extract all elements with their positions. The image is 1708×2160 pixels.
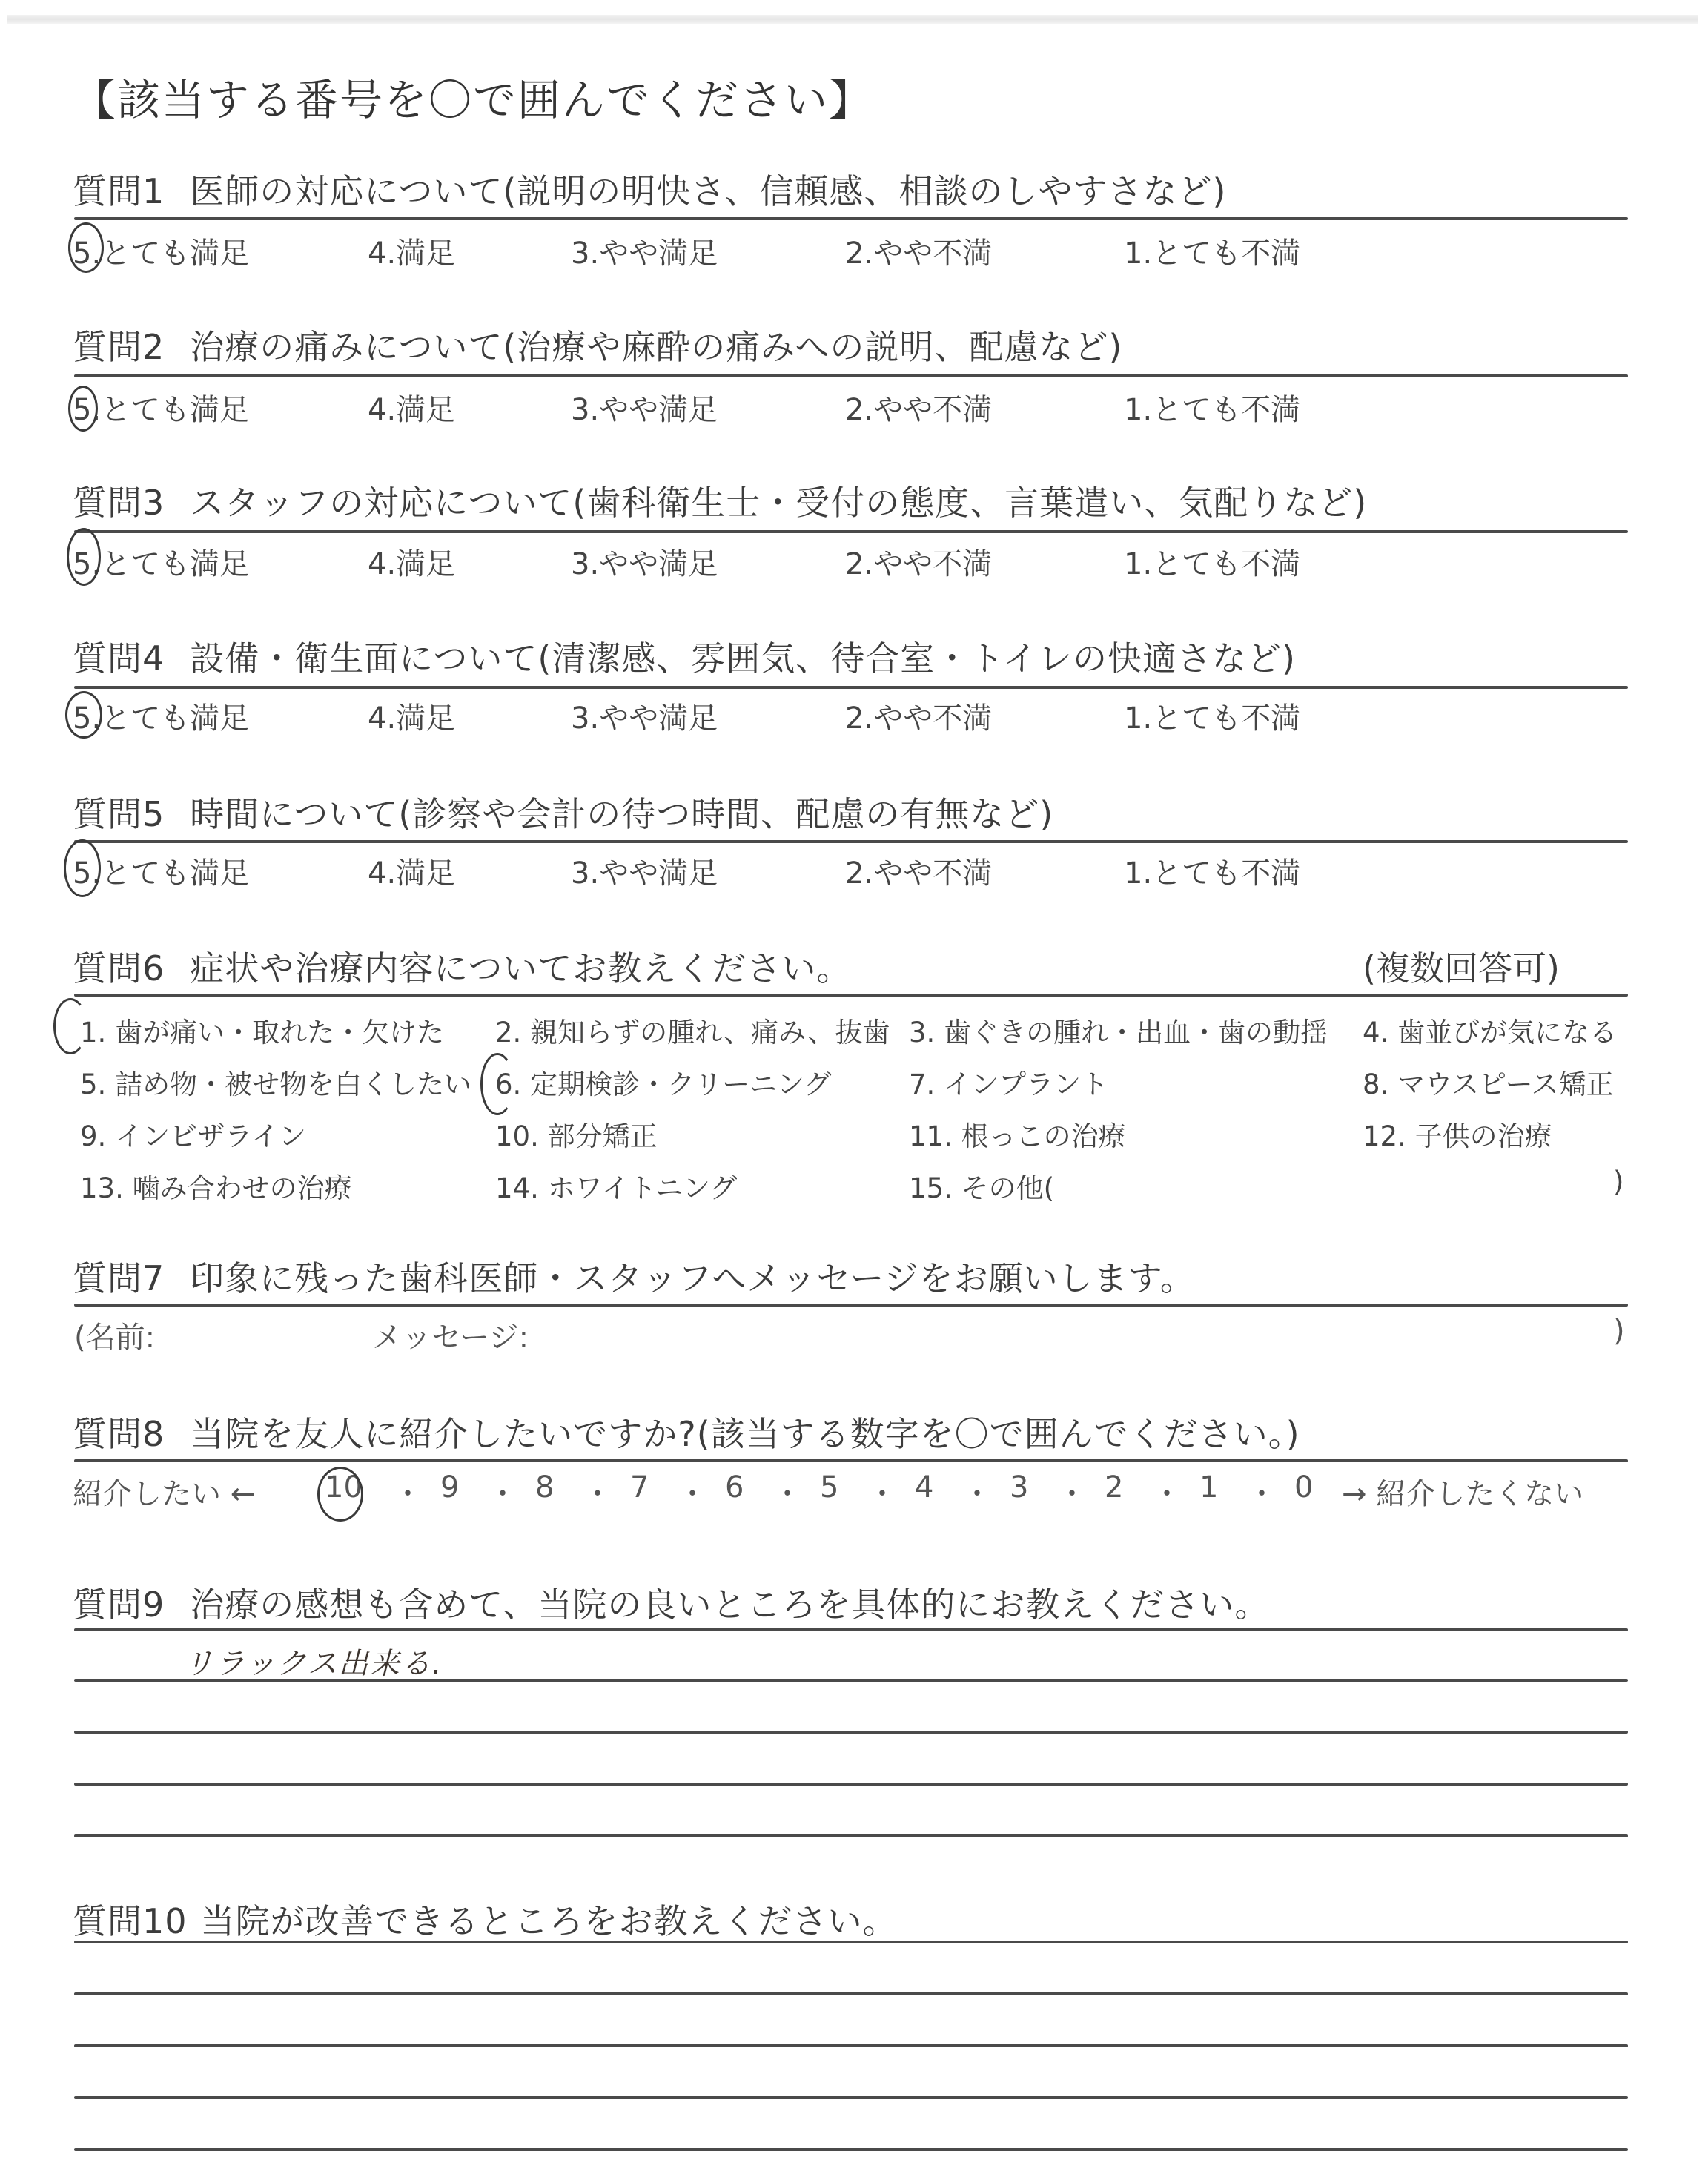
checkbox-item-7[interactable]: 7. インプラント <box>909 1062 1108 1102</box>
scale-dot: ・ <box>1057 1470 1087 1513</box>
option-5[interactable]: 5.とても満足 <box>73 850 249 892</box>
checkbox-item-10[interactable]: 10. 部分矯正 <box>495 1114 658 1154</box>
option-3[interactable]: 3.やや満足 <box>571 850 718 892</box>
question-number: 質問8 <box>73 1414 165 1454</box>
scale-2[interactable]: 2 <box>1105 1470 1123 1505</box>
scale-8[interactable]: 8 <box>535 1470 554 1505</box>
checkbox-item-3[interactable]: 3. 歯ぐきの腫れ・出血・歯の動揺 <box>909 1010 1328 1050</box>
checkbox-item-13[interactable]: 13. 噛み合わせの治療 <box>80 1166 352 1206</box>
checkbox-item-2[interactable]: 2. 親知らずの腫れ、痛み、抜歯 <box>495 1010 890 1050</box>
answer-line <box>74 2096 1628 2099</box>
option-3[interactable]: 3.やや満足 <box>571 386 718 429</box>
option-1[interactable]: 1.とても不満 <box>1124 386 1300 429</box>
answer-line <box>74 2044 1628 2047</box>
question-9: 質問9治療の感想も含めて、当院の良いところを具体的にお教えください。 <box>73 1578 1629 1627</box>
question-text: 時間について(診察や会計の待つ時間、配慮の有無など) <box>190 794 1053 834</box>
scale-1[interactable]: 1 <box>1199 1470 1218 1505</box>
checkbox-item-6[interactable]: 6. 定期検診・クリーニング <box>495 1062 831 1102</box>
divider <box>74 686 1628 689</box>
question-2: 質問2治療の痛みについて(治療や麻酔の痛みへの説明、配慮など) <box>73 320 1629 369</box>
checkbox-item-12[interactable]: 12. 子供の治療 <box>1363 1114 1552 1154</box>
checkbox-item-9[interactable]: 9. インビザライン <box>80 1114 306 1154</box>
question-text: 当院が改善できるところをお教えください。 <box>201 1901 898 1941</box>
scale-10[interactable]: 10 <box>325 1470 363 1505</box>
question-10: 質問10当院が改善できるところをお教えください。 <box>73 1895 1629 1943</box>
checkbox-item-8[interactable]: 8. マウスピース矯正 <box>1363 1062 1614 1102</box>
question-text: 治療の感想も含めて、当院の良いところを具体的にお教えください。 <box>190 1585 1269 1625</box>
scan-edge <box>7 15 1698 24</box>
divider <box>74 530 1628 533</box>
option-1[interactable]: 1.とても不満 <box>1124 695 1300 737</box>
question-4: 質問4設備・衛生面について(清潔感、雰囲気、待合室・トイレの快適さなど) <box>73 632 1629 681</box>
checkbox-item-11[interactable]: 11. 根っこの治療 <box>909 1114 1126 1154</box>
checkbox-item-15-other[interactable]: 15. その他( <box>909 1166 1054 1206</box>
divider <box>74 374 1628 377</box>
message-field[interactable] <box>563 1314 1601 1350</box>
option-5[interactable]: 5.とても満足 <box>73 541 249 583</box>
other-close-paren: ) <box>1613 1166 1623 1198</box>
answer-line <box>74 1992 1628 1995</box>
question-text: スタッフの対応について(歯科衛生士・受付の態度、言葉遣い、気配りなど) <box>190 483 1367 523</box>
message-label: メッセージ: <box>372 1314 529 1356</box>
checkbox-item-5[interactable]: 5. 詰め物・被せ物を白くしたい <box>80 1062 471 1102</box>
scale-0[interactable]: 0 <box>1294 1470 1313 1505</box>
option-5[interactable]: 5.とても満足 <box>73 386 249 429</box>
option-4[interactable]: 4.満足 <box>368 850 455 892</box>
checkbox-item-1[interactable]: 1. 歯が痛い・取れた・欠けた <box>80 1010 444 1050</box>
option-4[interactable]: 4.満足 <box>368 695 455 737</box>
form-title: 【該当する番号を〇で囲んでください】 <box>73 65 873 128</box>
question-text: 治療の痛みについて(治療や麻酔の痛みへの説明、配慮など) <box>190 327 1122 367</box>
option-4[interactable]: 4.満足 <box>368 230 455 272</box>
answer-line <box>74 1834 1628 1837</box>
question-number: 質問1 <box>73 171 165 211</box>
scale-dot: ・ <box>962 1470 992 1513</box>
answer-line <box>74 1679 1628 1682</box>
name-field[interactable] <box>222 1314 371 1350</box>
question-3: 質問3スタッフの対応について(歯科衛生士・受付の態度、言葉遣い、気配りなど) <box>73 476 1629 525</box>
divider <box>74 840 1628 843</box>
option-3[interactable]: 3.やや満足 <box>571 541 718 583</box>
question-7: 質問7印象に残った歯科医師・スタッフへメッセージをお願いします。 <box>73 1252 1629 1301</box>
question-number: 質問9 <box>73 1585 165 1625</box>
divider <box>74 1304 1628 1307</box>
answer-line <box>74 2148 1628 2151</box>
scale-7[interactable]: 7 <box>630 1470 649 1505</box>
question-8: 質問8当院を友人に紹介したいですか?(該当する数字を〇で囲んでください。) <box>73 1407 1629 1456</box>
option-2[interactable]: 2.やや不満 <box>845 541 992 583</box>
question-text: 印象に残った歯科医師・スタッフへメッセージをお願いします。 <box>190 1258 1195 1298</box>
question-number: 質問3 <box>73 483 165 523</box>
message-close-paren: ) <box>1613 1314 1625 1348</box>
option-3[interactable]: 3.やや満足 <box>571 695 718 737</box>
answer-line <box>74 1941 1628 1943</box>
multiple-answers-note: (複数回答可) <box>1363 942 1560 991</box>
scale-dot: ・ <box>488 1470 517 1513</box>
checkbox-item-4[interactable]: 4. 歯並びが気になる <box>1363 1010 1617 1050</box>
answer-line <box>74 1731 1628 1734</box>
scale-5[interactable]: 5 <box>820 1470 838 1505</box>
scale-left-label: 紹介したい ← <box>73 1470 255 1513</box>
scale-6[interactable]: 6 <box>725 1470 744 1505</box>
question-text: 医師の対応について(説明の明快さ、信頼感、相談のしやすさなど) <box>190 171 1226 211</box>
question-number: 質問7 <box>73 1258 165 1298</box>
checkbox-item-14[interactable]: 14. ホワイトニング <box>495 1166 737 1206</box>
scale-dot: ・ <box>1152 1470 1182 1513</box>
scale-4[interactable]: 4 <box>915 1470 933 1505</box>
option-2[interactable]: 2.やや不満 <box>845 695 992 737</box>
option-2[interactable]: 2.やや不満 <box>845 850 992 892</box>
option-5[interactable]: 5.とても満足 <box>73 230 249 272</box>
scale-3[interactable]: 3 <box>1010 1470 1028 1505</box>
divider <box>74 1628 1628 1631</box>
question-5: 質問5時間について(診察や会計の待つ時間、配慮の有無など) <box>73 787 1629 836</box>
option-4[interactable]: 4.満足 <box>368 386 455 429</box>
option-1[interactable]: 1.とても不満 <box>1124 850 1300 892</box>
divider <box>74 994 1628 997</box>
scale-dot: ・ <box>867 1470 897 1513</box>
option-1[interactable]: 1.とても不満 <box>1124 230 1300 272</box>
name-label: (名前: <box>74 1314 155 1356</box>
scale-9[interactable]: 9 <box>440 1470 459 1505</box>
option-2[interactable]: 2.やや不満 <box>845 230 992 272</box>
question-number: 質問2 <box>73 327 165 367</box>
divider <box>74 1459 1628 1462</box>
scale-right-label: → 紹介したくない <box>1342 1470 1583 1513</box>
question-1: 質問1医師の対応について(説明の明快さ、信頼感、相談のしやすさなど) <box>73 165 1629 214</box>
divider <box>74 217 1628 220</box>
question-text: 症状や治療内容についてお教えください。 <box>190 948 851 988</box>
handwritten-answer[interactable]: リラックス出来る. <box>184 1640 443 1682</box>
answer-line <box>74 1783 1628 1786</box>
scale-dot: ・ <box>1247 1470 1277 1513</box>
question-number: 質問6 <box>73 948 165 988</box>
scale-dot: ・ <box>393 1470 423 1513</box>
option-3[interactable]: 3.やや満足 <box>571 230 718 272</box>
question-number: 質問10 <box>73 1901 188 1941</box>
question-text: 設備・衛生面について(清潔感、雰囲気、待合室・トイレの快適さなど) <box>190 638 1296 678</box>
scale-dot: ・ <box>583 1470 612 1513</box>
option-5[interactable]: 5.とても満足 <box>73 695 249 737</box>
option-2[interactable]: 2.やや不満 <box>845 386 992 429</box>
question-number: 質問5 <box>73 794 165 834</box>
scale-dot: ・ <box>678 1470 707 1513</box>
question-text: 当院を友人に紹介したいですか?(該当する数字を〇で囲んでください。) <box>190 1414 1300 1454</box>
question-number: 質問4 <box>73 638 165 678</box>
option-1[interactable]: 1.とても不満 <box>1124 541 1300 583</box>
option-4[interactable]: 4.満足 <box>368 541 455 583</box>
scale-dot: ・ <box>772 1470 802 1513</box>
